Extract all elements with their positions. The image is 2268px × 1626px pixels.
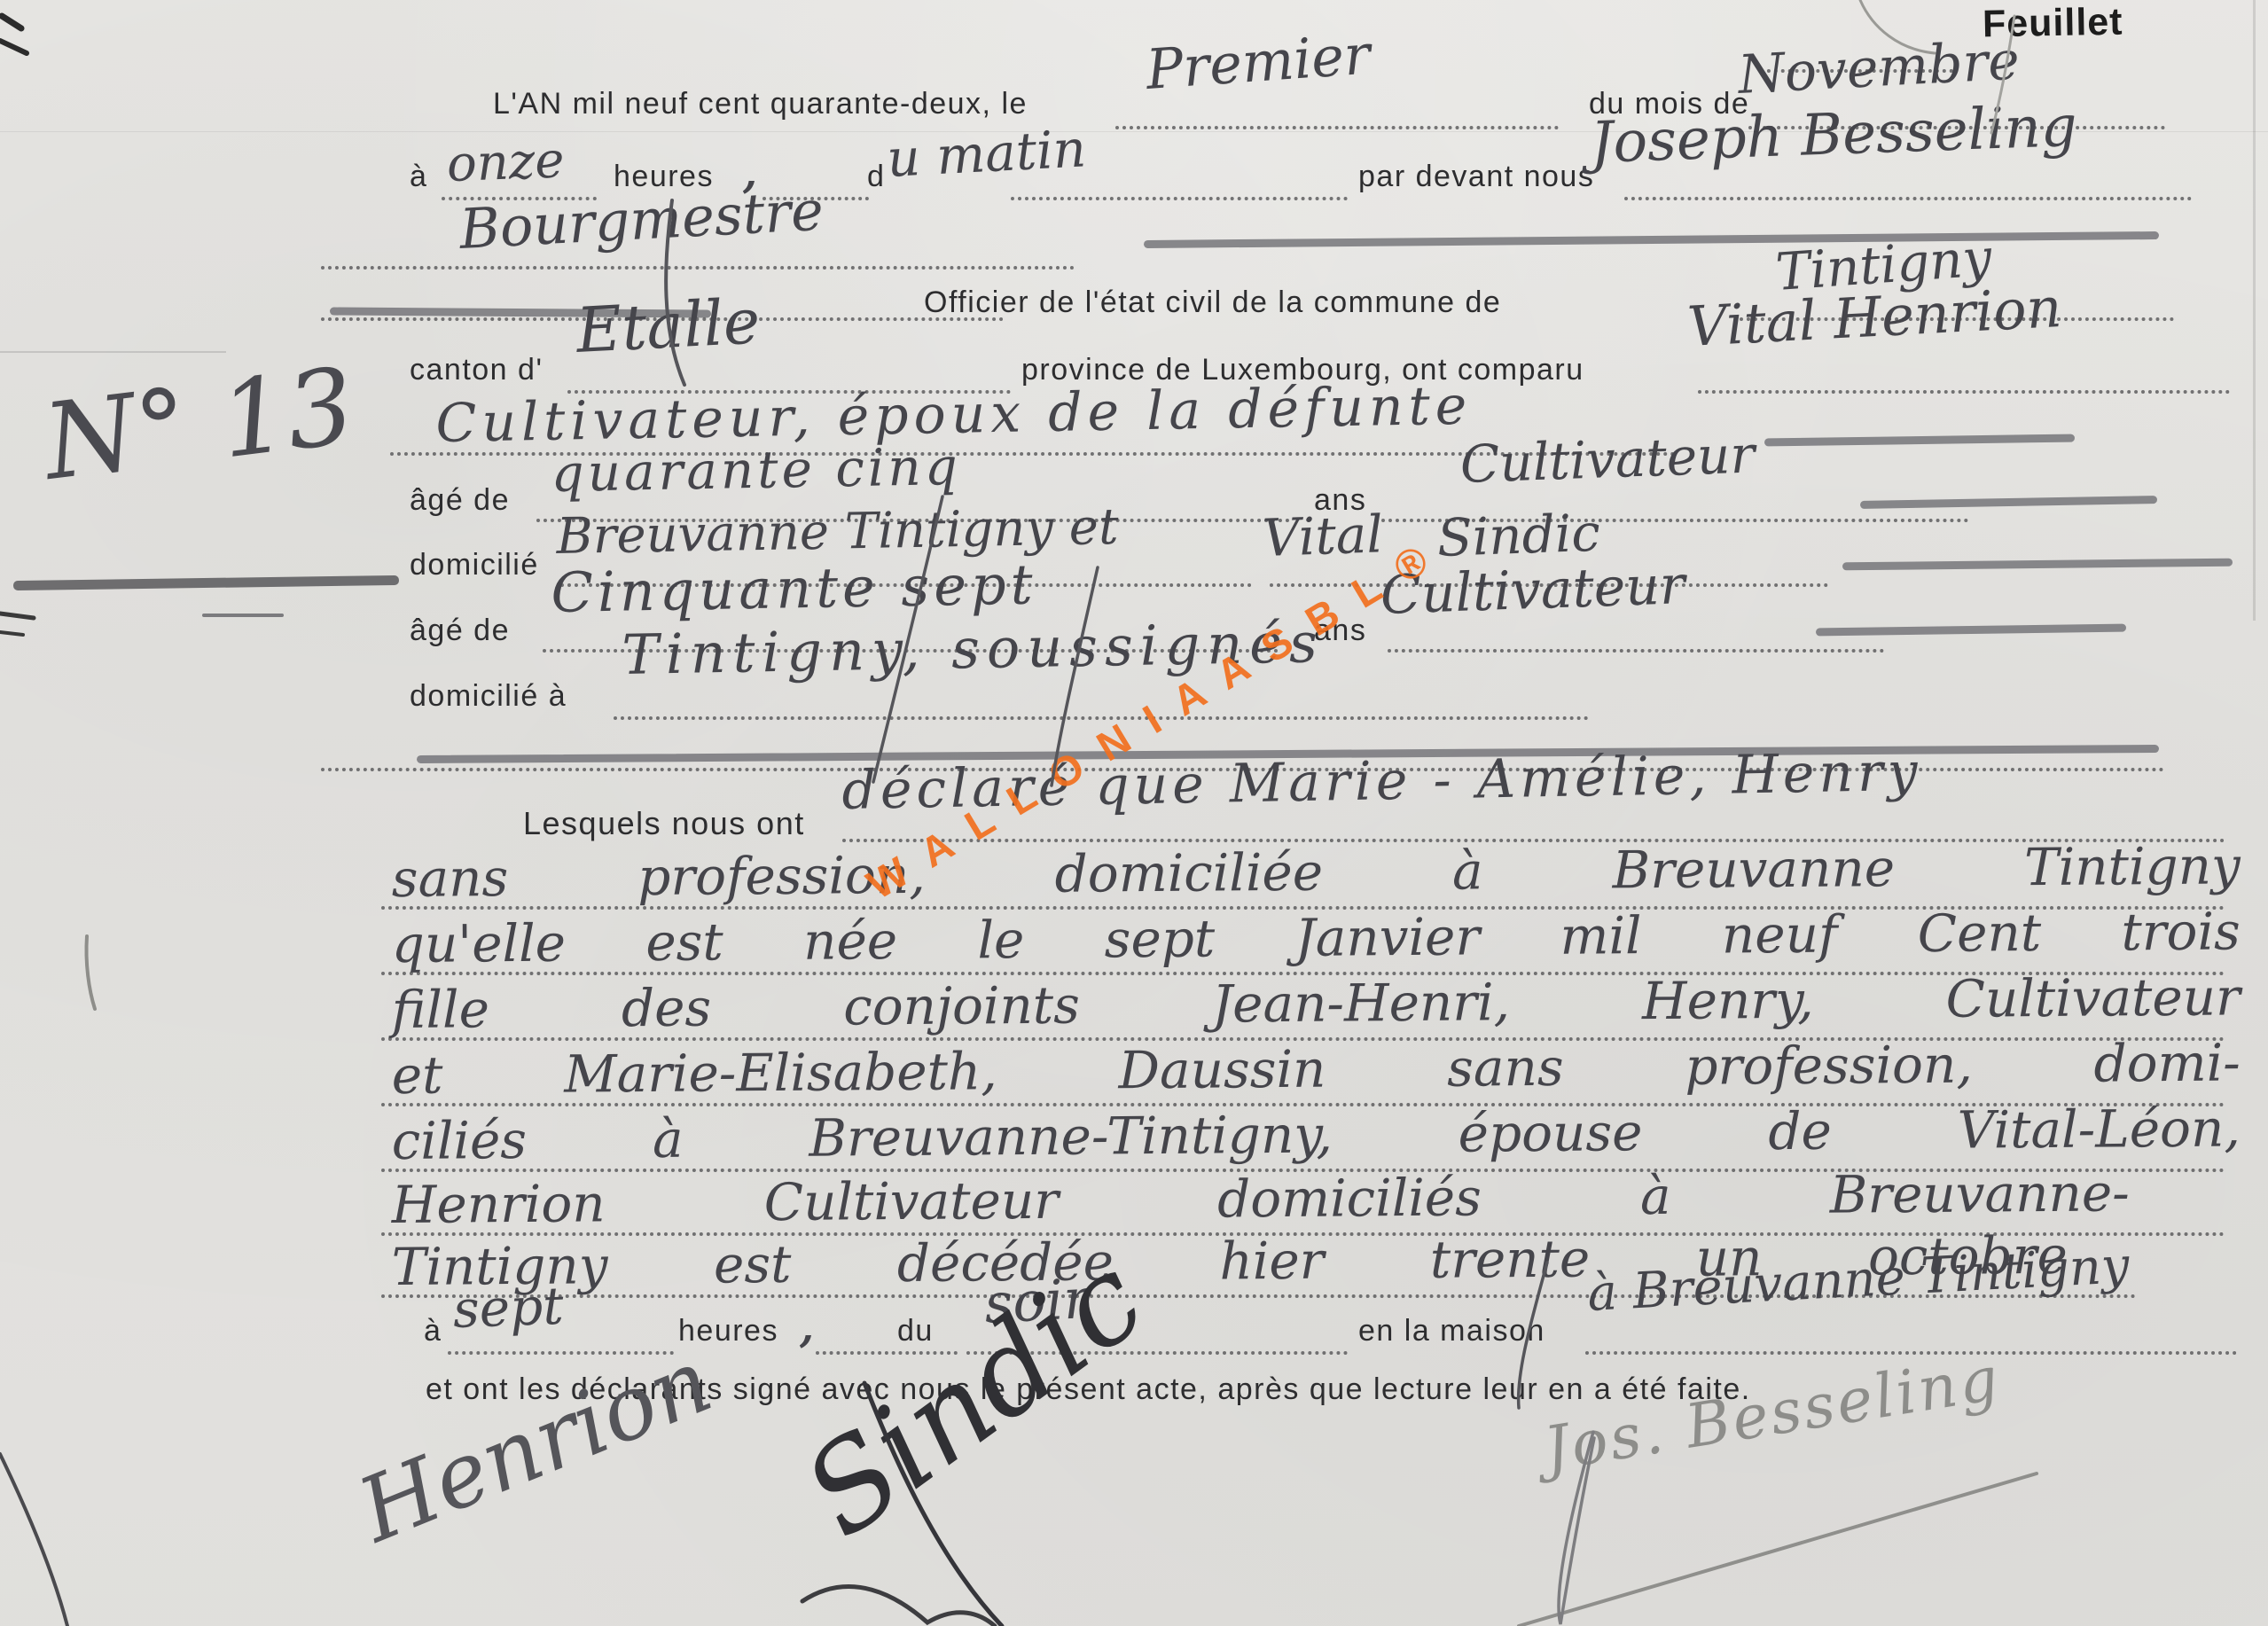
handwritten-body-line: fille des conjoints Jean-Henri, Henry, C… — [392, 971, 2241, 1036]
civil-registry-death-record-scan: Feuillet L'AN mil neuf cent quarante-deu… — [0, 0, 2268, 1626]
printed-par-devant-nous: par devant nous — [1358, 160, 1594, 194]
ink-filler-bar — [1842, 559, 2233, 571]
margin-tilde-mark — [202, 614, 284, 617]
dotted-underline — [321, 266, 1075, 270]
handwritten-body-line: sans profession, domiciliée à Breuvanne … — [392, 840, 2241, 904]
handwritten-occupation1: Cultivateur — [1459, 428, 1756, 490]
dotted-underline — [1585, 1351, 2237, 1355]
handwritten-day: Premier — [1145, 27, 1373, 98]
printed-a: à — [410, 160, 427, 194]
ink-filler-bar — [1144, 231, 2159, 248]
handwritten-title-bourgmestre: Bourgmestre — [458, 184, 825, 257]
printed-domicilie1: domicilié — [410, 548, 539, 582]
printed-en-la-maison: en la maison — [1358, 1314, 1545, 1348]
handwritten-body-line: et Marie-Elisabeth, Daussin sans profess… — [392, 1036, 2241, 1101]
handwritten-hour: onze — [446, 136, 565, 190]
margin-act-number: N° 13 — [39, 353, 360, 495]
scan-edge-line — [2253, 0, 2256, 621]
handwritten-declarant2-firstname: Vital — [1262, 508, 1384, 564]
printed-a-hour: à — [424, 1314, 442, 1348]
printed-age1: âgé de — [410, 483, 510, 518]
handwritten-declarant1-name: Vital Henrion — [1686, 280, 2063, 355]
printed-domicilie2: domicilié à — [410, 679, 567, 714]
signature-declarant1: Henrion — [348, 1336, 723, 1556]
scan-crease — [0, 131, 2268, 132]
dotted-underline — [614, 716, 1589, 720]
dotted-underline — [1698, 390, 2230, 394]
margin-rule-line — [13, 575, 399, 590]
handwritten-officer-name: Joseph Besseling — [1590, 98, 2078, 172]
dotted-underline — [1624, 197, 2192, 200]
handwritten-body-line: Henrion Cultivateur domiciliés à Breuvan… — [392, 1167, 2130, 1231]
printed-lesquels: Lesquels nous ont — [523, 805, 805, 842]
ink-filler-bar — [1816, 624, 2126, 637]
handwritten-canton: Etalle — [575, 290, 762, 362]
ink-filler-bar — [1764, 434, 2075, 447]
scan-crease — [0, 351, 226, 353]
dotted-underline — [1388, 649, 1884, 653]
handwritten-age2: Cinquante sept — [551, 557, 1037, 621]
handwritten-body-line: qu'elle est née le sept Janvier mil neuf… — [392, 905, 2241, 970]
handwritten-month: Novembre — [1737, 34, 2021, 102]
signature-officer: Jos. Besseling — [1540, 1349, 2005, 1481]
handwritten-death-hour: sept — [452, 1280, 564, 1335]
printed-age2: âgé de — [410, 614, 510, 648]
handwritten-age1: quarante cinq — [551, 441, 961, 499]
handwritten-body-line: ciliés à Breuvanne-Tintigny, épouse de V… — [392, 1102, 2241, 1167]
handwritten-comma: , — [800, 1307, 814, 1348]
printed-heures2: heures — [678, 1314, 778, 1348]
printed-officier-commune: Officier de l'état civil de la commune d… — [924, 285, 1501, 320]
dotted-underline — [1115, 126, 1559, 129]
printed-d: d — [867, 160, 885, 194]
printed-year-line: L'AN mil neuf cent quarante-deux, le — [493, 87, 1028, 121]
handwritten-declarant2-surname: Sindic — [1436, 507, 1601, 564]
ink-filler-bar — [1860, 496, 2157, 509]
printed-canton: canton d' — [410, 353, 543, 387]
dotted-underline — [1011, 197, 1348, 200]
